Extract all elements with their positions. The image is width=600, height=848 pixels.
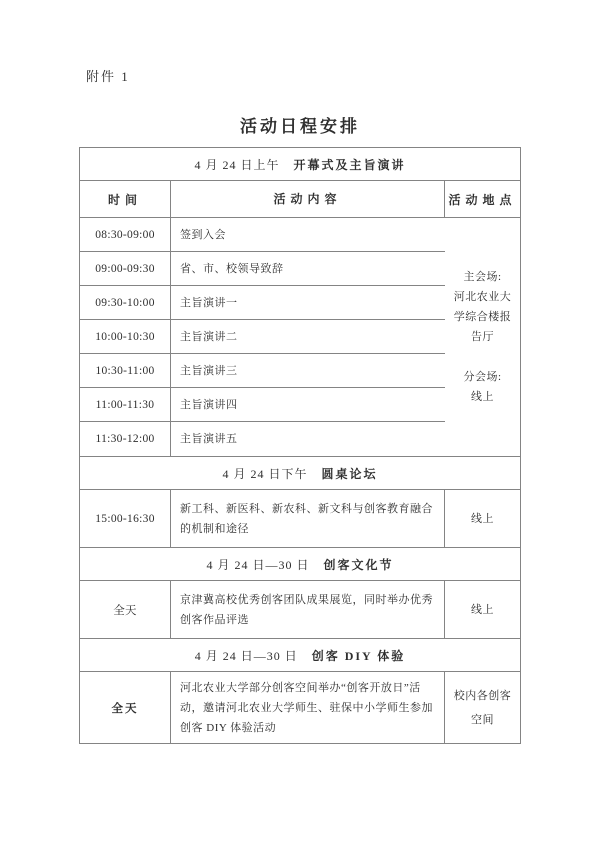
content-cell: 河北农业大学部分创客空间举办“创客开放日”活动，邀请河北农业大学师生、驻保中小学…	[171, 672, 445, 743]
time-cell: 09:30-10:00	[80, 286, 171, 319]
attachment-label: 附件 1	[86, 66, 130, 85]
section-date: 4 月 24 日—30 日	[206, 556, 309, 573]
table-row: 11:30-12:00 主旨演讲五	[80, 422, 445, 456]
section-date: 4 月 24 日上午	[194, 156, 279, 173]
table-row: 全天 河北农业大学部分创客空间举办“创客开放日”活动，邀请河北农业大学师生、驻保…	[80, 672, 520, 743]
location-line: 线上	[452, 387, 513, 407]
location-line: 河北农业大学综合楼报告厅	[452, 287, 513, 347]
table-row: 15:00-16:30 新工科、新医科、新农科、新文科与创客教育融合的机制和途径…	[80, 490, 520, 548]
time-cell: 全天	[80, 672, 171, 743]
location-line	[452, 347, 513, 367]
column-header-location: 活动地点	[445, 181, 520, 217]
time-cell: 11:30-12:00	[80, 422, 171, 456]
time-cell: 11:00-11:30	[80, 388, 171, 421]
table-row: 11:00-11:30 主旨演讲四	[80, 388, 445, 422]
content-cell: 签到入会	[171, 218, 445, 251]
page-title: 活动日程安排	[79, 112, 521, 137]
section-date: 4 月 24 日—30 日	[195, 647, 298, 664]
time-cell: 09:00-09:30	[80, 252, 171, 285]
table-row: 10:00-10:30 主旨演讲二	[80, 320, 445, 354]
content-cell: 主旨演讲二	[171, 320, 445, 353]
section-morning-body: 08:30-09:00 签到入会 09:00-09:30 省、市、校领导致辞 0…	[80, 218, 520, 457]
location-cell: 线上	[445, 490, 520, 547]
section-event: 创客 DIY 体验	[312, 647, 406, 664]
table-row: 09:30-10:00 主旨演讲一	[80, 286, 445, 320]
content-cell: 主旨演讲三	[171, 354, 445, 387]
table-row: 09:00-09:30 省、市、校领导致辞	[80, 252, 445, 286]
content-cell: 省、市、校领导致辞	[171, 252, 445, 285]
section-event: 开幕式及主旨演讲	[294, 156, 406, 173]
schedule-table: 4 月 24 日上午 开幕式及主旨演讲 时间 活动内容 活动地点 08:30-0…	[79, 147, 521, 744]
content-cell: 主旨演讲五	[171, 422, 445, 456]
time-cell: 15:00-16:30	[80, 490, 171, 547]
table-row: 全天 京津冀高校优秀创客团队成果展览，同时举办优秀创客作品评选 线上	[80, 581, 520, 639]
column-header-content: 活动内容	[171, 181, 445, 217]
location-line: 分会场:	[452, 367, 513, 387]
location-cell: 校内各创客空间	[445, 672, 520, 743]
time-cell: 10:00-10:30	[80, 320, 171, 353]
document-page: 附件 1 活动日程安排 4 月 24 日上午 开幕式及主旨演讲 时间 活动内容 …	[0, 0, 600, 848]
content-cell: 主旨演讲四	[171, 388, 445, 421]
content-cell: 新工科、新医科、新农科、新文科与创客教育融合的机制和途径	[171, 490, 445, 547]
section-header-diy-experience: 4 月 24 日—30 日 创客 DIY 体验	[80, 639, 520, 672]
section-header-culture-festival: 4 月 24 日—30 日 创客文化节	[80, 548, 520, 581]
content-cell: 主旨演讲一	[171, 286, 445, 319]
location-cell-merged: 主会场: 河北农业大学综合楼报告厅 分会场: 线上	[445, 218, 520, 456]
location-cell: 线上	[445, 581, 520, 638]
section-event: 圆桌论坛	[322, 465, 378, 482]
column-header-row: 时间 活动内容 活动地点	[80, 181, 520, 218]
location-line: 主会场:	[452, 267, 513, 287]
column-header-time: 时间	[80, 181, 171, 217]
time-cell: 全天	[80, 581, 171, 638]
section-header-morning: 4 月 24 日上午 开幕式及主旨演讲	[80, 148, 520, 181]
content-cell: 京津冀高校优秀创客团队成果展览，同时举办优秀创客作品评选	[171, 581, 445, 638]
time-cell: 10:30-11:00	[80, 354, 171, 387]
section-header-afternoon: 4 月 24 日下午 圆桌论坛	[80, 457, 520, 490]
section-event: 创客文化节	[324, 556, 394, 573]
table-row: 08:30-09:00 签到入会	[80, 218, 445, 252]
table-row: 10:30-11:00 主旨演讲三	[80, 354, 445, 388]
section-morning-rows: 08:30-09:00 签到入会 09:00-09:30 省、市、校领导致辞 0…	[80, 218, 445, 456]
time-cell: 08:30-09:00	[80, 218, 171, 251]
section-date: 4 月 24 日下午	[222, 465, 307, 482]
